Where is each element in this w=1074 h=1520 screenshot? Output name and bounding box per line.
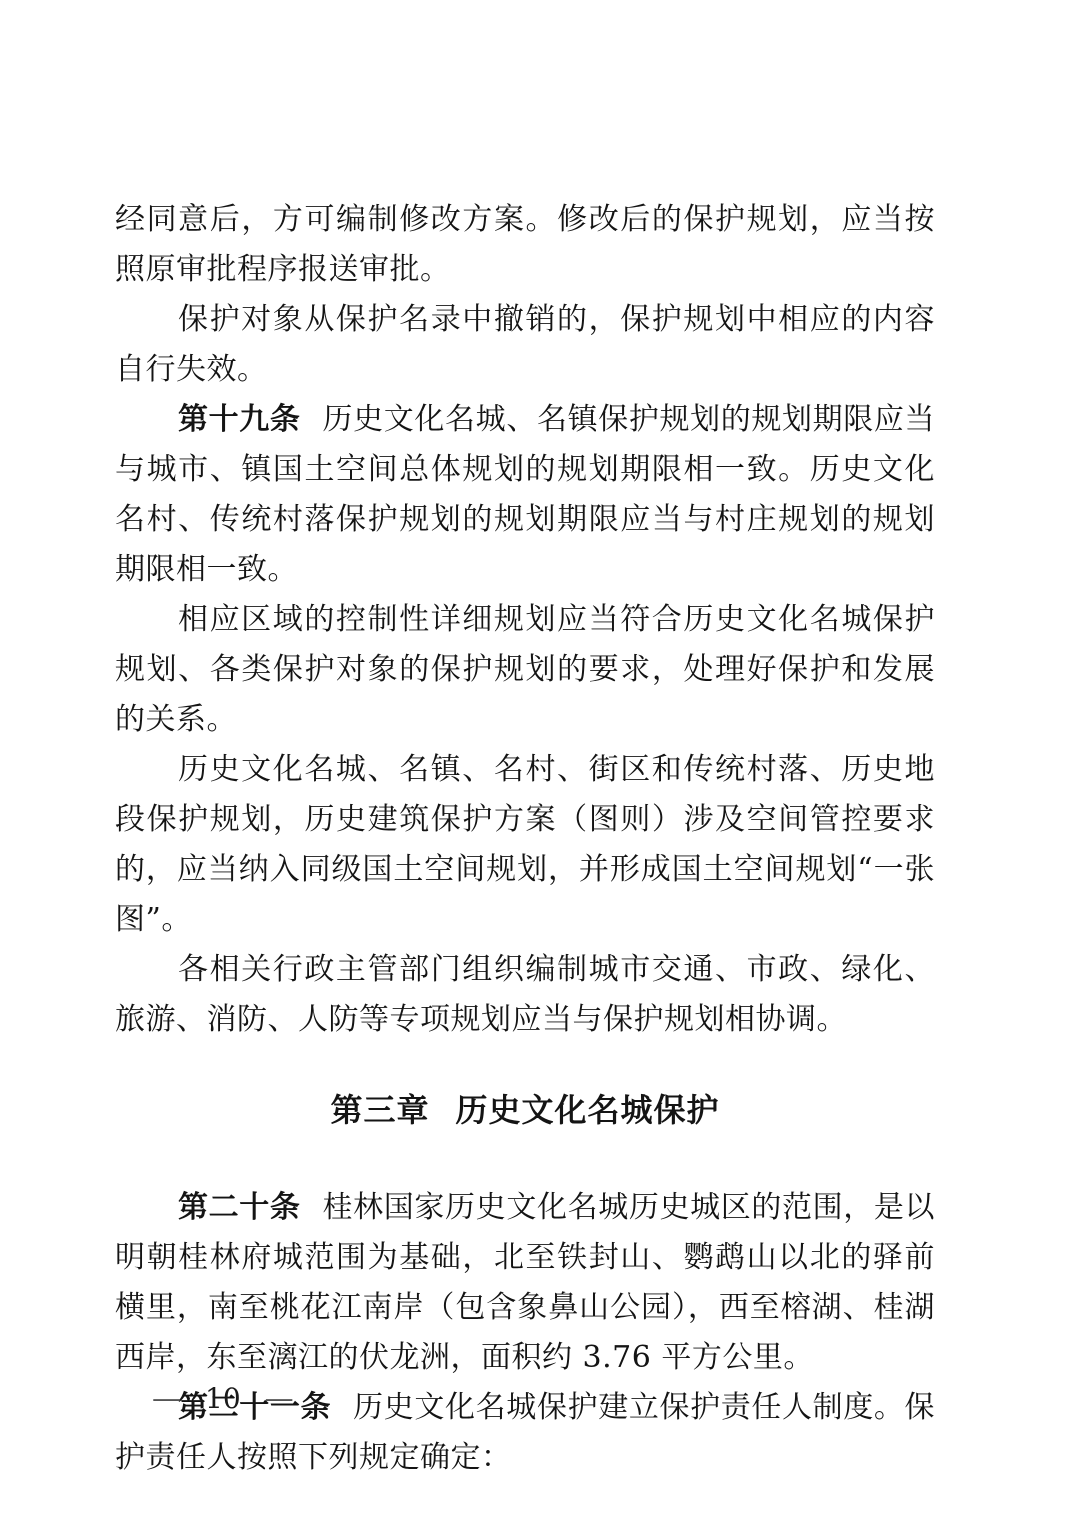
chapter-heading: 第三章历史文化名城保护 (115, 1085, 935, 1135)
paragraph: 保护对象从保护名录中撤销的，保护规划中相应的内容自行失效。 (115, 295, 935, 395)
paragraph-article-20: 第二十条桂林国家历史文化名城历史城区的范围，是以明朝桂林府城范围为基础，北至铁封… (115, 1183, 935, 1383)
paragraph-text: 经同意后，方可编制修改方案。修改后的保护规划，应当按照原审批程序报送审批。 (115, 202, 935, 287)
paragraph: 相应区域的控制性详细规划应当符合历史文化名城保护规划、各类保护对象的保护规划的要… (115, 595, 935, 745)
document-body: 经同意后，方可编制修改方案。修改后的保护规划，应当按照原审批程序报送审批。 保护… (115, 195, 935, 1483)
article-number-label: 第十九条 (178, 402, 301, 437)
paragraph: 历史文化名城、名镇、名村、街区和传统村落、历史地段保护规划，历史建筑保护方案（图… (115, 745, 935, 945)
document-page: 经同意后，方可编制修改方案。修改后的保护规划，应当按照原审批程序报送审批。 保护… (0, 0, 1074, 1520)
paragraph-text: 历史文化名城、名镇、名村、街区和传统村落、历史地段保护规划，历史建筑保护方案（图… (115, 752, 935, 937)
article-number-label: 第二十条 (178, 1190, 301, 1225)
paragraph-text: 相应区域的控制性详细规划应当符合历史文化名城保护规划、各类保护对象的保护规划的要… (115, 602, 935, 737)
page-number: 10 (205, 1374, 241, 1424)
paragraph: 各相关行政主管部门组织编制城市交通、市政、绿化、旅游、消防、人防等专项规划应当与… (115, 945, 935, 1045)
page-footer: —10— (152, 1373, 294, 1424)
footer-dash-right: — (265, 1381, 294, 1415)
paragraph-text: 保护对象从保护名录中撤销的，保护规划中相应的内容自行失效。 (115, 302, 935, 387)
paragraph-text: 各相关行政主管部门组织编制城市交通、市政、绿化、旅游、消防、人防等专项规划应当与… (115, 952, 935, 1037)
paragraph-continuation: 经同意后，方可编制修改方案。修改后的保护规划，应当按照原审批程序报送审批。 (115, 195, 935, 295)
chapter-title: 历史文化名城保护 (456, 1091, 720, 1129)
paragraph-article-19: 第十九条历史文化名城、名镇保护规划的规划期限应当与城市、镇国土空间总体规划的规划… (115, 395, 935, 595)
footer-dash-left: — (152, 1381, 181, 1415)
chapter-number: 第三章 (330, 1091, 429, 1129)
